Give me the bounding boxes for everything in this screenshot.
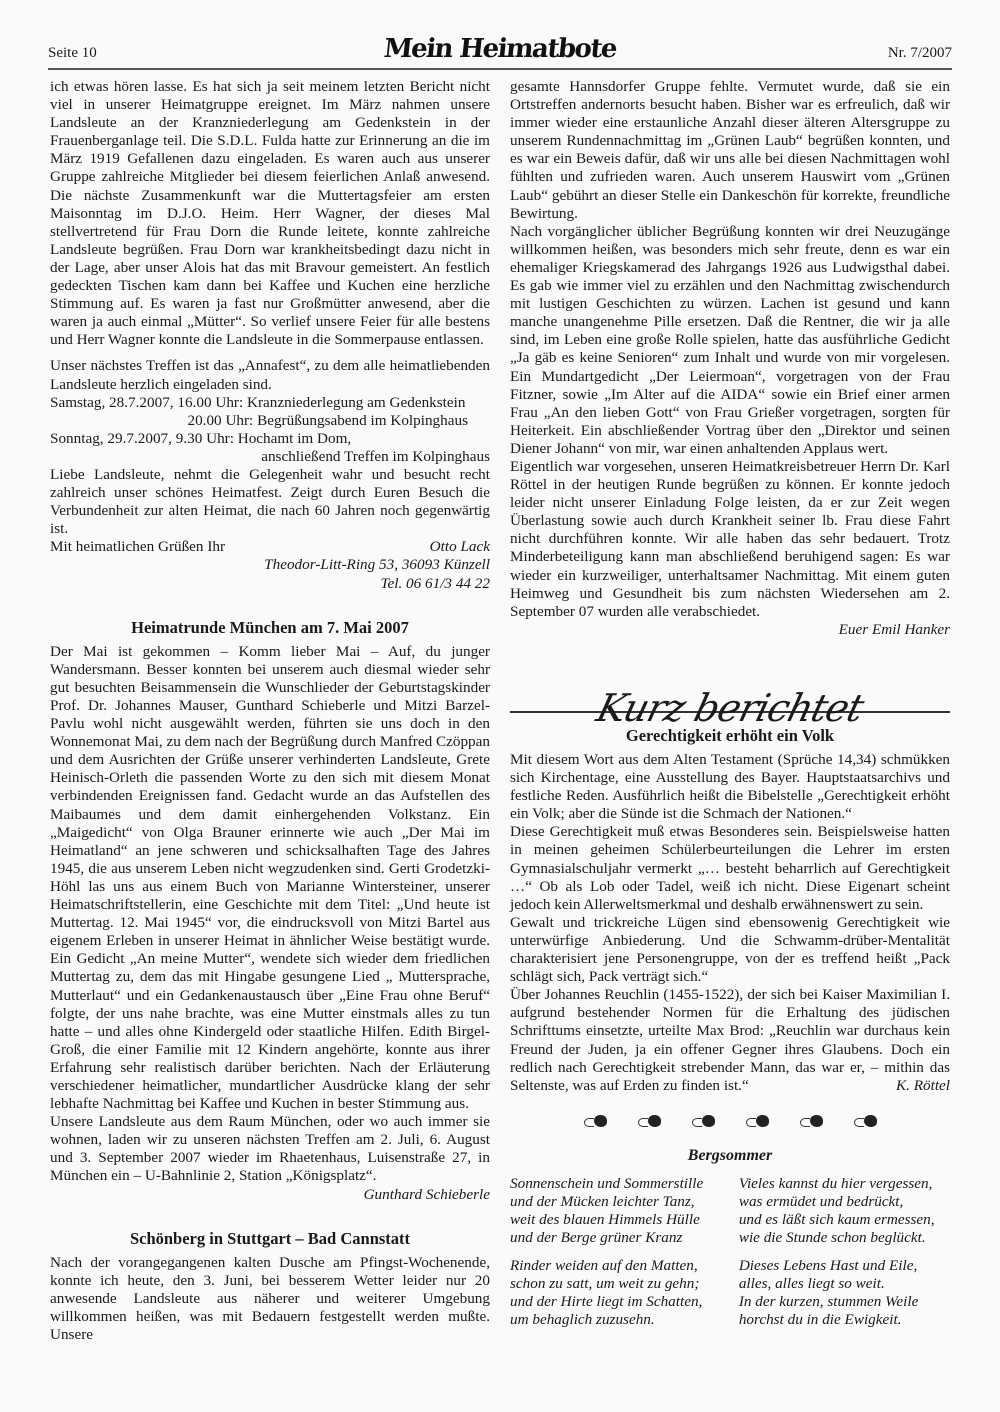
section-title: Heimatrunde München am 7. Mai 2007	[50, 619, 490, 637]
page-number: Seite 10	[48, 45, 97, 62]
snail-ornament-icon	[691, 1113, 715, 1129]
page-header: Seite 10 Mein Heimatbote Nr. 7/2007	[48, 14, 952, 70]
paragraph: Unser nächstes Treffen ist das „Annafest…	[50, 357, 490, 393]
snail-ornament-icon	[637, 1113, 661, 1129]
snail-ornament-icon	[853, 1113, 877, 1129]
paragraph: Mit diesem Wort aus dem Alten Testament …	[510, 751, 950, 823]
schedule-line: Sonntag, 29.7.2007, 9.30 Uhr: Hochamt im…	[50, 430, 490, 448]
issue-number: Nr. 7/2007	[888, 45, 952, 62]
paragraph: Eigentlich war vorgesehen, unseren Heima…	[510, 458, 950, 621]
kurz-berichtet-banner: Kurz berichtet	[510, 661, 950, 713]
author: K. Röttel	[896, 1077, 950, 1095]
schedule-line: 20.00 Uhr: Begrüßungsabend im Kolpinghau…	[50, 412, 490, 430]
quote: Über Johannes Reuchlin (1455-1522), der …	[510, 986, 950, 1093]
author: Otto Lack	[430, 538, 490, 556]
paragraph: gesamte Hannsdorfer Gruppe fehlte. Vermu…	[510, 78, 950, 223]
verse: um behaglich zuzusehn.	[510, 1311, 721, 1329]
verse: was ermüdet und bedrückt,	[739, 1193, 950, 1211]
poem-title: Bergsommer	[510, 1147, 950, 1165]
snail-ornament-icon	[799, 1113, 823, 1129]
verse: horchst du in die Ewigkeit.	[739, 1311, 950, 1329]
paragraph: Der Mai ist gekommen – Komm lieber Mai –…	[50, 643, 490, 1113]
paragraph: Über Johannes Reuchlin (1455-1522), der …	[510, 986, 950, 1095]
stanza: Dieses Lebens Hast und Eile, alles, alle…	[739, 1257, 950, 1329]
section-title: Schönberg in Stuttgart – Bad Cannstatt	[50, 1230, 490, 1248]
paragraph: Gewalt und trickreiche Lügen sind ebenso…	[510, 914, 950, 986]
paragraph: Diese Gerechtigkeit muß etwas Besonderes…	[510, 823, 950, 913]
verse: wie die Stunde schon beglückt.	[739, 1229, 950, 1247]
schedule-line: Samstag, 28.7.2007, 16.00 Uhr: Kranznied…	[50, 394, 490, 412]
schedule-line: anschließend Treffen im Kolpinghaus	[50, 448, 490, 466]
verse: weit des blauen Himmels Hülle	[510, 1211, 721, 1229]
paragraph: ich etwas hören lasse. Es hat sich ja se…	[50, 78, 490, 349]
verse: In der kurzen, stummen Weile	[739, 1293, 950, 1311]
snail-ornament-icon	[583, 1113, 607, 1129]
verse: und der Mücken leichter Tanz,	[510, 1193, 721, 1211]
verse: alles, alles liegt so weit.	[739, 1275, 950, 1293]
stanza: Rinder weiden auf den Matten, schon zu s…	[510, 1257, 721, 1329]
right-column: gesamte Hannsdorfer Gruppe fehlte. Vermu…	[510, 78, 950, 1339]
verse: schon zu satt, um weit zu gehn;	[510, 1275, 721, 1293]
banner-title: Kurz berichtet	[596, 699, 865, 717]
address: Theodor-Litt-Ring 53, 36093 Künzell	[50, 556, 490, 574]
paragraph: Liebe Landsleute, nehmt die Gelegenheit …	[50, 466, 490, 538]
paragraph: Nach der vorangegangenen kalten Dusche a…	[50, 1254, 490, 1344]
greeting: Mit heimatlichen Grüßen Ihr	[50, 538, 225, 556]
newspaper-logo: Mein Heimatbote	[382, 34, 617, 64]
verse: und der Berge grüner Kranz	[510, 1229, 721, 1247]
poem-column-left: Sonnenschein und Sommerstille und der Mü…	[510, 1175, 721, 1339]
verse: und der Hirte liegt im Schatten,	[510, 1293, 721, 1311]
verse: Rinder weiden auf den Matten,	[510, 1257, 721, 1275]
poem-column-right: Vieles kannst du hier vergessen, was erm…	[739, 1175, 950, 1339]
paragraph: Nach vorgänglicher üblicher Begrüßung ko…	[510, 223, 950, 458]
phone: Tel. 06 61/3 44 22	[50, 575, 490, 593]
verse: Vieles kannst du hier vergessen,	[739, 1175, 950, 1193]
poem: Sonnenschein und Sommerstille und der Mü…	[510, 1175, 950, 1339]
author: Euer Emil Hanker	[510, 621, 950, 639]
left-column: ich etwas hören lasse. Es hat sich ja se…	[50, 78, 490, 1344]
paragraph: Unsere Landsleute aus dem Raum München, …	[50, 1113, 490, 1185]
verse: Sonnenschein und Sommerstille	[510, 1175, 721, 1193]
stanza: Vieles kannst du hier vergessen, was erm…	[739, 1175, 950, 1247]
signature-row: Mit heimatlichen Grüßen Ihr Otto Lack	[50, 538, 490, 556]
verse: und es läßt sich kaum ermessen,	[739, 1211, 950, 1229]
ornament-divider	[510, 1113, 950, 1129]
verse: Dieses Lebens Hast und Eile,	[739, 1257, 950, 1275]
snail-ornament-icon	[745, 1113, 769, 1129]
author: Gunthard Schieberle	[50, 1186, 490, 1204]
stanza: Sonnenschein und Sommerstille und der Mü…	[510, 1175, 721, 1247]
